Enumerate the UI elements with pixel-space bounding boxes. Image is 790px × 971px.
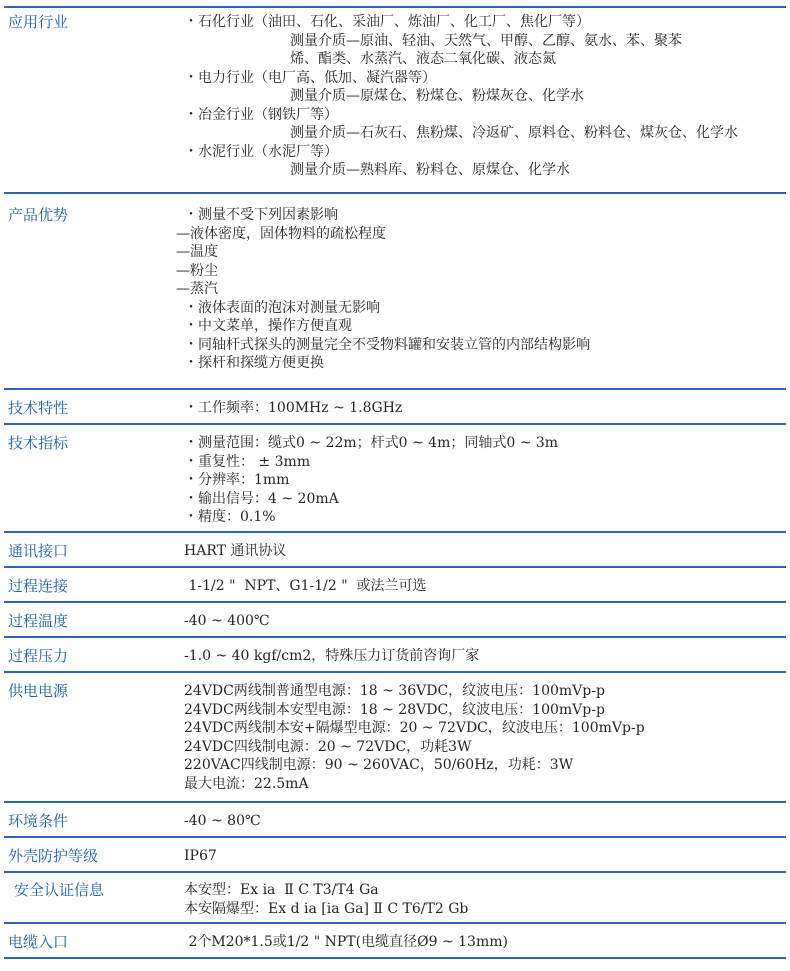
value-line: 2个M20*1.5或1/2 " NPT(电缆直径Ø9 ~ 13mm) [184,933,786,952]
row-label: 技术特性 [4,399,184,423]
value-line: 24VDC两线制本安型电源：18 ~ 28VDC，纹波电压：100mVp-p [184,701,786,720]
row-label: 技术指标 [4,434,184,531]
bullet-line: ・工作频率：100MHz ~ 1.8GHz [184,399,786,418]
row-label: 应用行业 [4,13,184,192]
row-value: 24VDC两线制普通型电源：18 ~ 36VDC，纹波电压：100mVp-p 2… [184,682,786,801]
sub-line: 测量介质—原油、轻油、天然气、甲醇、乙醇、氨水、苯、聚苯 [184,32,786,51]
dash-line: —温度 [176,243,786,262]
dash-line: —蒸汽 [176,280,786,299]
spec-row-communication: 通讯接口 HART 通讯协议 [4,531,786,566]
spec-row-power-supply: 供电电源 24VDC两线制普通型电源：18 ~ 36VDC，纹波电压：100mV… [4,671,786,801]
bullet-line: ・水泥行业（水泥厂等） [184,143,786,162]
bullet-line: ・冶金行业（钢铁厂等） [184,106,786,125]
spec-table: 应用行业 ・石化行业（油田、石化、采油厂、炼油厂、化工厂、焦化厂等） 测量介质—… [4,6,786,959]
value-line: -1.0 ~ 40 kgf/cm2，特殊压力订货前咨询厂家 [184,647,786,666]
sub-line: 测量介质—原煤仓、粉煤仓、粉煤灰仓、化学水 [184,87,786,106]
row-label: 供电电源 [4,682,184,801]
row-value: ・测量不受下列因素影响 —液体密度，固体物料的疏松程度 —温度 —粉尘 —蒸汽 … [184,206,786,388]
value-line: 24VDC两线制本安+隔爆型电源：20 ~ 72VDC，纹波电压：100mVp-… [184,719,786,738]
bullet-line: ・精度：0.1% [184,508,786,527]
row-label: 外壳防护等级 [4,847,184,871]
row-value: -40 ~ 400℃ [184,612,786,636]
row-value: IP67 [184,847,786,871]
bullet-line: ・同轴杆式探头的测量完全不受物料罐和安装立管的内部结构影响 [184,336,786,355]
bullet-line: ・重复性： ± 3mm [184,453,786,472]
value-line: 本安型：Ex ia Ⅱ C T3/T4 Ga [184,881,786,900]
value-line: 1-1/2 " NPT、G1-1/2 " 或法兰可选 [184,577,786,596]
bullet-line: ・电力行业（电厂高、低加、凝汽器等） [184,69,786,88]
row-label: 安全认证信息 [4,881,184,922]
bullet-line: ・测量范围：缆式0 ~ 22m；杆式0 ~ 4m；同轴式0 ~ 3m [184,434,786,453]
value-line: 220VAC四线制电源：90 ~ 260VAC，50/60Hz，功耗：3W [184,756,786,775]
spec-row-advantages: 产品优势 ・测量不受下列因素影响 —液体密度，固体物料的疏松程度 —温度 —粉尘… [4,192,786,388]
spec-row-application: 应用行业 ・石化行业（油田、石化、采油厂、炼油厂、化工厂、焦化厂等） 测量介质—… [4,6,786,192]
row-value: HART 通讯协议 [184,542,786,566]
row-label: 环境条件 [4,812,184,836]
spec-row-tech-specs: 技术指标 ・测量范围：缆式0 ~ 22m；杆式0 ~ 4m；同轴式0 ~ 3m … [4,423,786,531]
row-value: ・石化行业（油田、石化、采油厂、炼油厂、化工厂、焦化厂等） 测量介质—原油、轻油… [184,13,786,192]
value-line: HART 通讯协议 [184,542,786,561]
row-label: 产品优势 [4,206,184,388]
bullet-line: ・探杆和探缆方便更换 [184,354,786,373]
spec-row-cable-entry: 电缆入口 2个M20*1.5或1/2 " NPT(电缆直径Ø9 ~ 13mm) [4,922,786,959]
row-value: -1.0 ~ 40 kgf/cm2，特殊压力订货前咨询厂家 [184,647,786,671]
sub-line: 测量介质—石灰石、焦粉煤、冷返矿、原料仓、粉料仓、煤灰仓、化学水 [184,124,786,143]
bullet-line: ・中文菜单，操作方便直观 [184,317,786,336]
spec-row-enclosure-rating: 外壳防护等级 IP67 [4,836,786,871]
row-label: 过程温度 [4,612,184,636]
row-label: 通讯接口 [4,542,184,566]
value-line: 最大电流：22.5mA [184,775,786,794]
value-line: -40 ~ 400℃ [184,612,786,631]
value-line: 24VDC两线制普通型电源：18 ~ 36VDC，纹波电压：100mVp-p [184,682,786,701]
row-label: 过程连接 [4,577,184,601]
value-line: 本安隔爆型：Ex d ia [ia Ga] Ⅱ C T6/T2 Gb [184,900,786,919]
spec-row-process-connection: 过程连接 1-1/2 " NPT、G1-1/2 " 或法兰可选 [4,566,786,601]
bullet-line: ・测量不受下列因素影响 [184,206,786,225]
dash-line: —粉尘 [176,262,786,281]
row-value: -40 ~ 80℃ [184,812,786,836]
row-label: 过程压力 [4,647,184,671]
row-value: ・测量范围：缆式0 ~ 22m；杆式0 ~ 4m；同轴式0 ~ 3m ・重复性：… [184,434,786,531]
spec-row-safety-certification: 安全认证信息 本安型：Ex ia Ⅱ C T3/T4 Ga 本安隔爆型：Ex d… [4,871,786,922]
bullet-line: ・液体表面的泡沫对测量无影响 [184,299,786,318]
value-line: IP67 [184,847,786,866]
sub-line: 烯、酯类、水蒸汽、液态二氧化碳、液态氮 [184,50,786,69]
spec-row-environment: 环境条件 -40 ~ 80℃ [4,801,786,836]
row-label: 电缆入口 [4,933,184,957]
bullet-line: ・分辨率：1mm [184,471,786,490]
spec-row-tech-features: 技术特性 ・工作频率：100MHz ~ 1.8GHz [4,388,786,423]
row-value: 1-1/2 " NPT、G1-1/2 " 或法兰可选 [184,577,786,601]
row-value: 2个M20*1.5或1/2 " NPT(电缆直径Ø9 ~ 13mm) [184,933,786,957]
bullet-line: ・石化行业（油田、石化、采油厂、炼油厂、化工厂、焦化厂等） [184,13,786,32]
value-line: 24VDC四线制电源：20 ~ 72VDC，功耗3W [184,738,786,757]
row-value: ・工作频率：100MHz ~ 1.8GHz [184,399,786,423]
spec-row-process-pressure: 过程压力 -1.0 ~ 40 kgf/cm2，特殊压力订货前咨询厂家 [4,636,786,671]
spec-row-process-temperature: 过程温度 -40 ~ 400℃ [4,601,786,636]
bullet-line: ・输出信号：4 ~ 20mA [184,490,786,509]
row-value: 本安型：Ex ia Ⅱ C T3/T4 Ga 本安隔爆型：Ex d ia [ia… [184,881,786,922]
value-line: -40 ~ 80℃ [184,812,786,831]
sub-line: 测量介质—熟料库、粉料仓、原煤仓、化学水 [184,161,786,180]
dash-line: —液体密度，固体物料的疏松程度 [176,225,786,244]
